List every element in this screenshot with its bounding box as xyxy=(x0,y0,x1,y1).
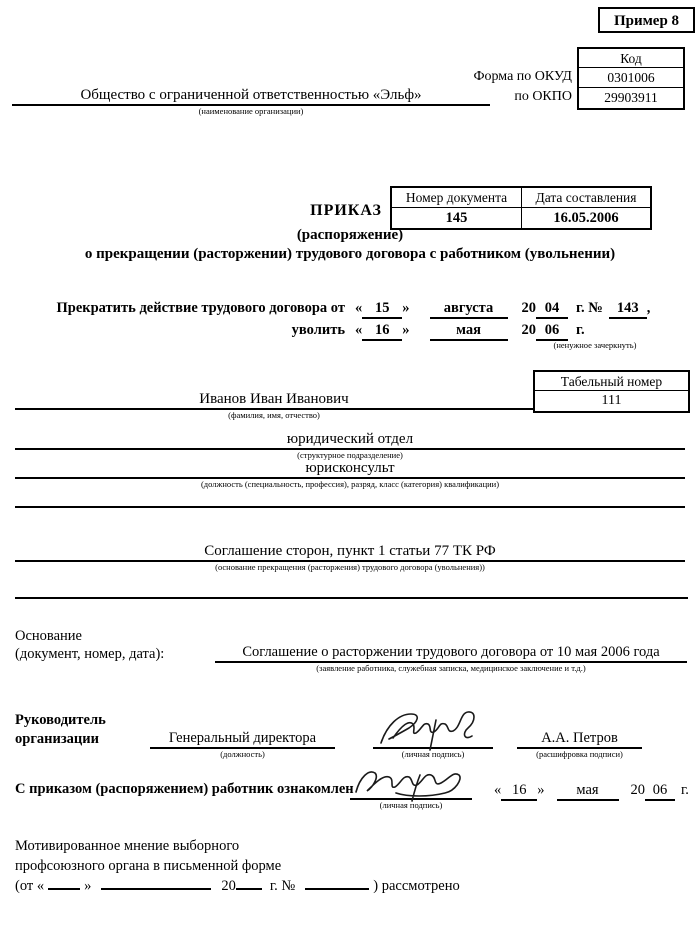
example-badge-label: Пример 8 xyxy=(614,13,679,29)
terminate-g-no: г. № xyxy=(576,300,603,317)
union-g-no: г. № xyxy=(270,878,295,895)
terminate-line-2: уволить « 16 » мая 20 06 г. xyxy=(15,322,585,341)
basis-label-2: (документ, номер, дата): xyxy=(15,646,164,663)
quote-close: » xyxy=(84,878,91,895)
quote-close: » xyxy=(402,300,409,317)
terminate-day-1: 15 xyxy=(362,300,402,319)
ack-g: г. xyxy=(681,782,689,799)
basis-value: Соглашение о расторжении трудового догов… xyxy=(215,644,687,663)
head-name-caption: (расшифровка подписи) xyxy=(517,749,642,759)
head-name-value: А.А. Петров xyxy=(517,729,642,749)
doc-number-value: 145 xyxy=(392,208,522,228)
terminate-comma: , xyxy=(647,300,651,317)
title-subject: о прекращении (расторжении) трудового до… xyxy=(0,246,700,263)
department-field: юридический отдел (структурное подраздел… xyxy=(15,430,685,460)
union-line-1: Мотивированное мнение выборного xyxy=(15,838,239,855)
year-prefix: 20 xyxy=(221,878,236,895)
code-table: Код 0301006 29903911 xyxy=(577,47,685,110)
code-table-header: Код xyxy=(579,49,683,68)
terminate-label-1: Прекратить действие трудового договора о… xyxy=(15,300,345,317)
head-position-value: Генеральный директора xyxy=(150,729,335,749)
employee-name-caption: (фамилия, имя, отчество) xyxy=(15,410,533,420)
union-year-blank xyxy=(236,888,262,890)
grounds-blank-line xyxy=(15,583,688,599)
terminate-month-2: мая xyxy=(430,322,508,341)
head-label-1: Руководитель xyxy=(15,712,106,729)
ack-year: 06 xyxy=(645,782,675,801)
doc-date-header: Дата составления xyxy=(522,188,650,208)
personnel-number-value: 111 xyxy=(535,391,688,411)
basis-label-1: Основание xyxy=(15,628,82,645)
position-caption: (должность (специальность, профессия), р… xyxy=(15,479,685,489)
ack-date-row: « 16 » мая 20 06 г. xyxy=(494,782,689,801)
year-prefix: 20 xyxy=(522,322,537,339)
terminate-year-1: 04 xyxy=(536,300,568,319)
head-position-caption: (должность) xyxy=(150,749,335,759)
position-field: юрисконсульт (должность (специальность, … xyxy=(15,459,685,489)
okud-label: Форма по ОКУД xyxy=(430,69,572,85)
union-date-row: (от « » 20 г. № ) рассмотрено xyxy=(15,878,460,895)
ack-label: С приказом (распоряжением) работник озна… xyxy=(15,781,354,798)
organization-caption: (наименование организации) xyxy=(12,106,490,116)
year-prefix: 20 xyxy=(522,300,537,317)
employee-name: Иванов Иван Иванович xyxy=(15,390,533,410)
head-signature-field: (личная подпись) xyxy=(373,703,493,759)
quote-open: « xyxy=(355,322,362,339)
union-number-blank xyxy=(305,888,369,890)
employee-name-field: Иванов Иван Иванович (фамилия, имя, отче… xyxy=(15,390,533,420)
organization-field: Общество с ограниченной ответственностью… xyxy=(12,86,490,116)
title-prikaz: ПРИКАЗ xyxy=(0,202,382,220)
document-page: Пример 8 Код 0301006 29903911 Форма по О… xyxy=(0,0,700,931)
quote-open: « xyxy=(494,782,501,799)
union-from-label: (от « xyxy=(15,878,44,895)
terminate-month-1: августа xyxy=(430,300,508,319)
director-signature-icon xyxy=(373,707,493,751)
quote-close: » xyxy=(402,322,409,339)
terminate-day-2: 16 xyxy=(362,322,402,341)
position-blank-line xyxy=(15,492,685,508)
basis-field: Соглашение о расторжении трудового догов… xyxy=(215,644,687,673)
union-month-blank xyxy=(101,888,211,890)
doc-number-header: Номер документа xyxy=(392,188,522,208)
union-day-blank xyxy=(48,888,80,890)
head-label-2: организации xyxy=(15,731,99,748)
quote-close: » xyxy=(537,782,544,799)
union-line-2: профсоюзного органа в письменной форме xyxy=(15,858,281,875)
ack-signature-field: (личная подпись) xyxy=(350,762,472,810)
basis-caption: (заявление работника, служебная записка,… xyxy=(215,663,687,673)
grounds-caption: (основание прекращения (расторжения) тру… xyxy=(15,562,685,572)
okud-value: 0301006 xyxy=(579,68,683,88)
grounds-value: Соглашение сторон, пункт 1 статьи 77 ТК … xyxy=(15,542,685,562)
personnel-number-table: Табельный номер 111 xyxy=(533,370,690,413)
example-badge: Пример 8 xyxy=(598,7,695,33)
employee-signature-icon xyxy=(350,764,472,804)
organization-name: Общество с ограниченной ответственностью… xyxy=(12,86,490,106)
head-position-field: Генеральный директора (должность) xyxy=(150,729,335,759)
department-value: юридический отдел xyxy=(15,430,685,450)
year-prefix: 20 xyxy=(631,782,646,799)
terminate-label-2: уволить xyxy=(15,322,345,339)
doc-date-value: 16.05.2006 xyxy=(522,208,650,228)
terminate-doc-no: 143 xyxy=(609,300,647,319)
terminate-caption: (ненужное зачеркнуть) xyxy=(540,340,650,350)
terminate-line-1: Прекратить действие трудового договора о… xyxy=(15,300,650,319)
personnel-number-header: Табельный номер xyxy=(535,372,688,391)
doc-number-table: Номер документа Дата составления 145 16.… xyxy=(390,186,652,230)
ack-day: 16 xyxy=(501,782,537,801)
ack-month: мая xyxy=(557,782,619,801)
title-rasporyazhenie: (распоряжение) xyxy=(0,227,700,244)
okpo-value: 29903911 xyxy=(579,88,683,108)
quote-open: « xyxy=(355,300,362,317)
union-considered: ) рассмотрено xyxy=(373,878,459,895)
terminate-g: г. xyxy=(576,322,585,339)
grounds-field: Соглашение сторон, пункт 1 статьи 77 ТК … xyxy=(15,542,685,572)
position-value: юрисконсульт xyxy=(15,459,685,479)
head-name-field: А.А. Петров (расшифровка подписи) xyxy=(517,729,642,759)
terminate-year-2: 06 xyxy=(536,322,568,341)
